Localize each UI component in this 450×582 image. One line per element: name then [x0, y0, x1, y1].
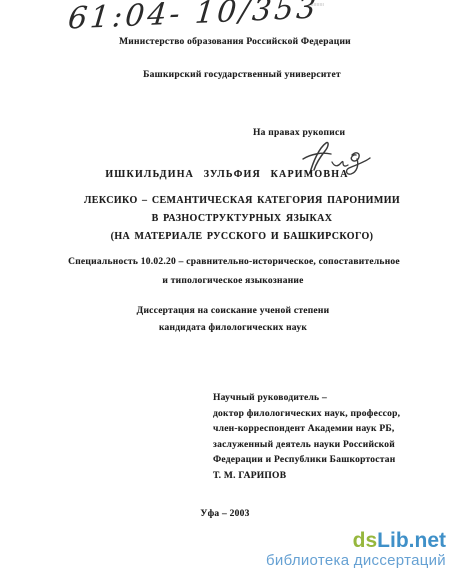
dslib-logo: dsLib.net [353, 530, 446, 552]
dissertation-title-line-3: (НА МАТЕРИАЛЕ РУССКОГО И БАШКИРСКОГО) [17, 231, 450, 242]
dissertation-title-page: 61:04- 10/353 Министерство образования Р… [0, 0, 450, 582]
supervisor-line: Федерации и Республики Башкортостан [213, 453, 400, 469]
supervisor-line: доктор филологических наук, профессор, [213, 407, 400, 423]
supervisor-line: заслуженный деятель науки Российской [213, 438, 400, 454]
dslib-subtitle: библиотека диссертаций [266, 553, 446, 569]
ministry-line: Министерство образования Российской Феде… [10, 37, 450, 47]
dissertation-title-line-2: В РАЗНОСТРУКТУРНЫХ ЯЗЫКАХ [17, 213, 450, 224]
dslib-logo-green-part: ds [353, 529, 378, 552]
specialty-line-1: Специальность 10.02.20 – сравнительно-ис… [9, 257, 450, 267]
city-year-line: Уфа – 2003 [0, 509, 450, 519]
degree-line-1: Диссертация на соискание ученой степени [8, 306, 450, 316]
university-line: Башкирский государственный университет [17, 70, 450, 80]
manuscript-rights-note: На правах рукописи [253, 128, 345, 138]
degree-line-2: кандидата филологических наук [8, 323, 450, 333]
supervisor-line: член-корреспондент Академии наук РБ, [213, 422, 400, 438]
specialty-line-2: и типологическое языкознание [8, 276, 450, 286]
supervisor-block: Научный руководитель – доктор филологиче… [213, 391, 400, 485]
dslib-logo-blue-part: Lib.net [377, 529, 446, 552]
catalog-code-handwritten: 61:04- 10/353 [66, 0, 320, 37]
author-name: ИШКИЛЬДИНА ЗУЛЬФИЯ КАРИМОВНА [2, 169, 450, 180]
supervisor-line: Т. М. ГАРИПОВ [213, 469, 400, 485]
supervisor-line: Научный руководитель – [213, 391, 400, 407]
dissertation-title-line-1: ЛЕКСИКО – СЕМАНТИЧЕСКАЯ КАТЕГОРИЯ ПАРОНИ… [17, 195, 450, 206]
